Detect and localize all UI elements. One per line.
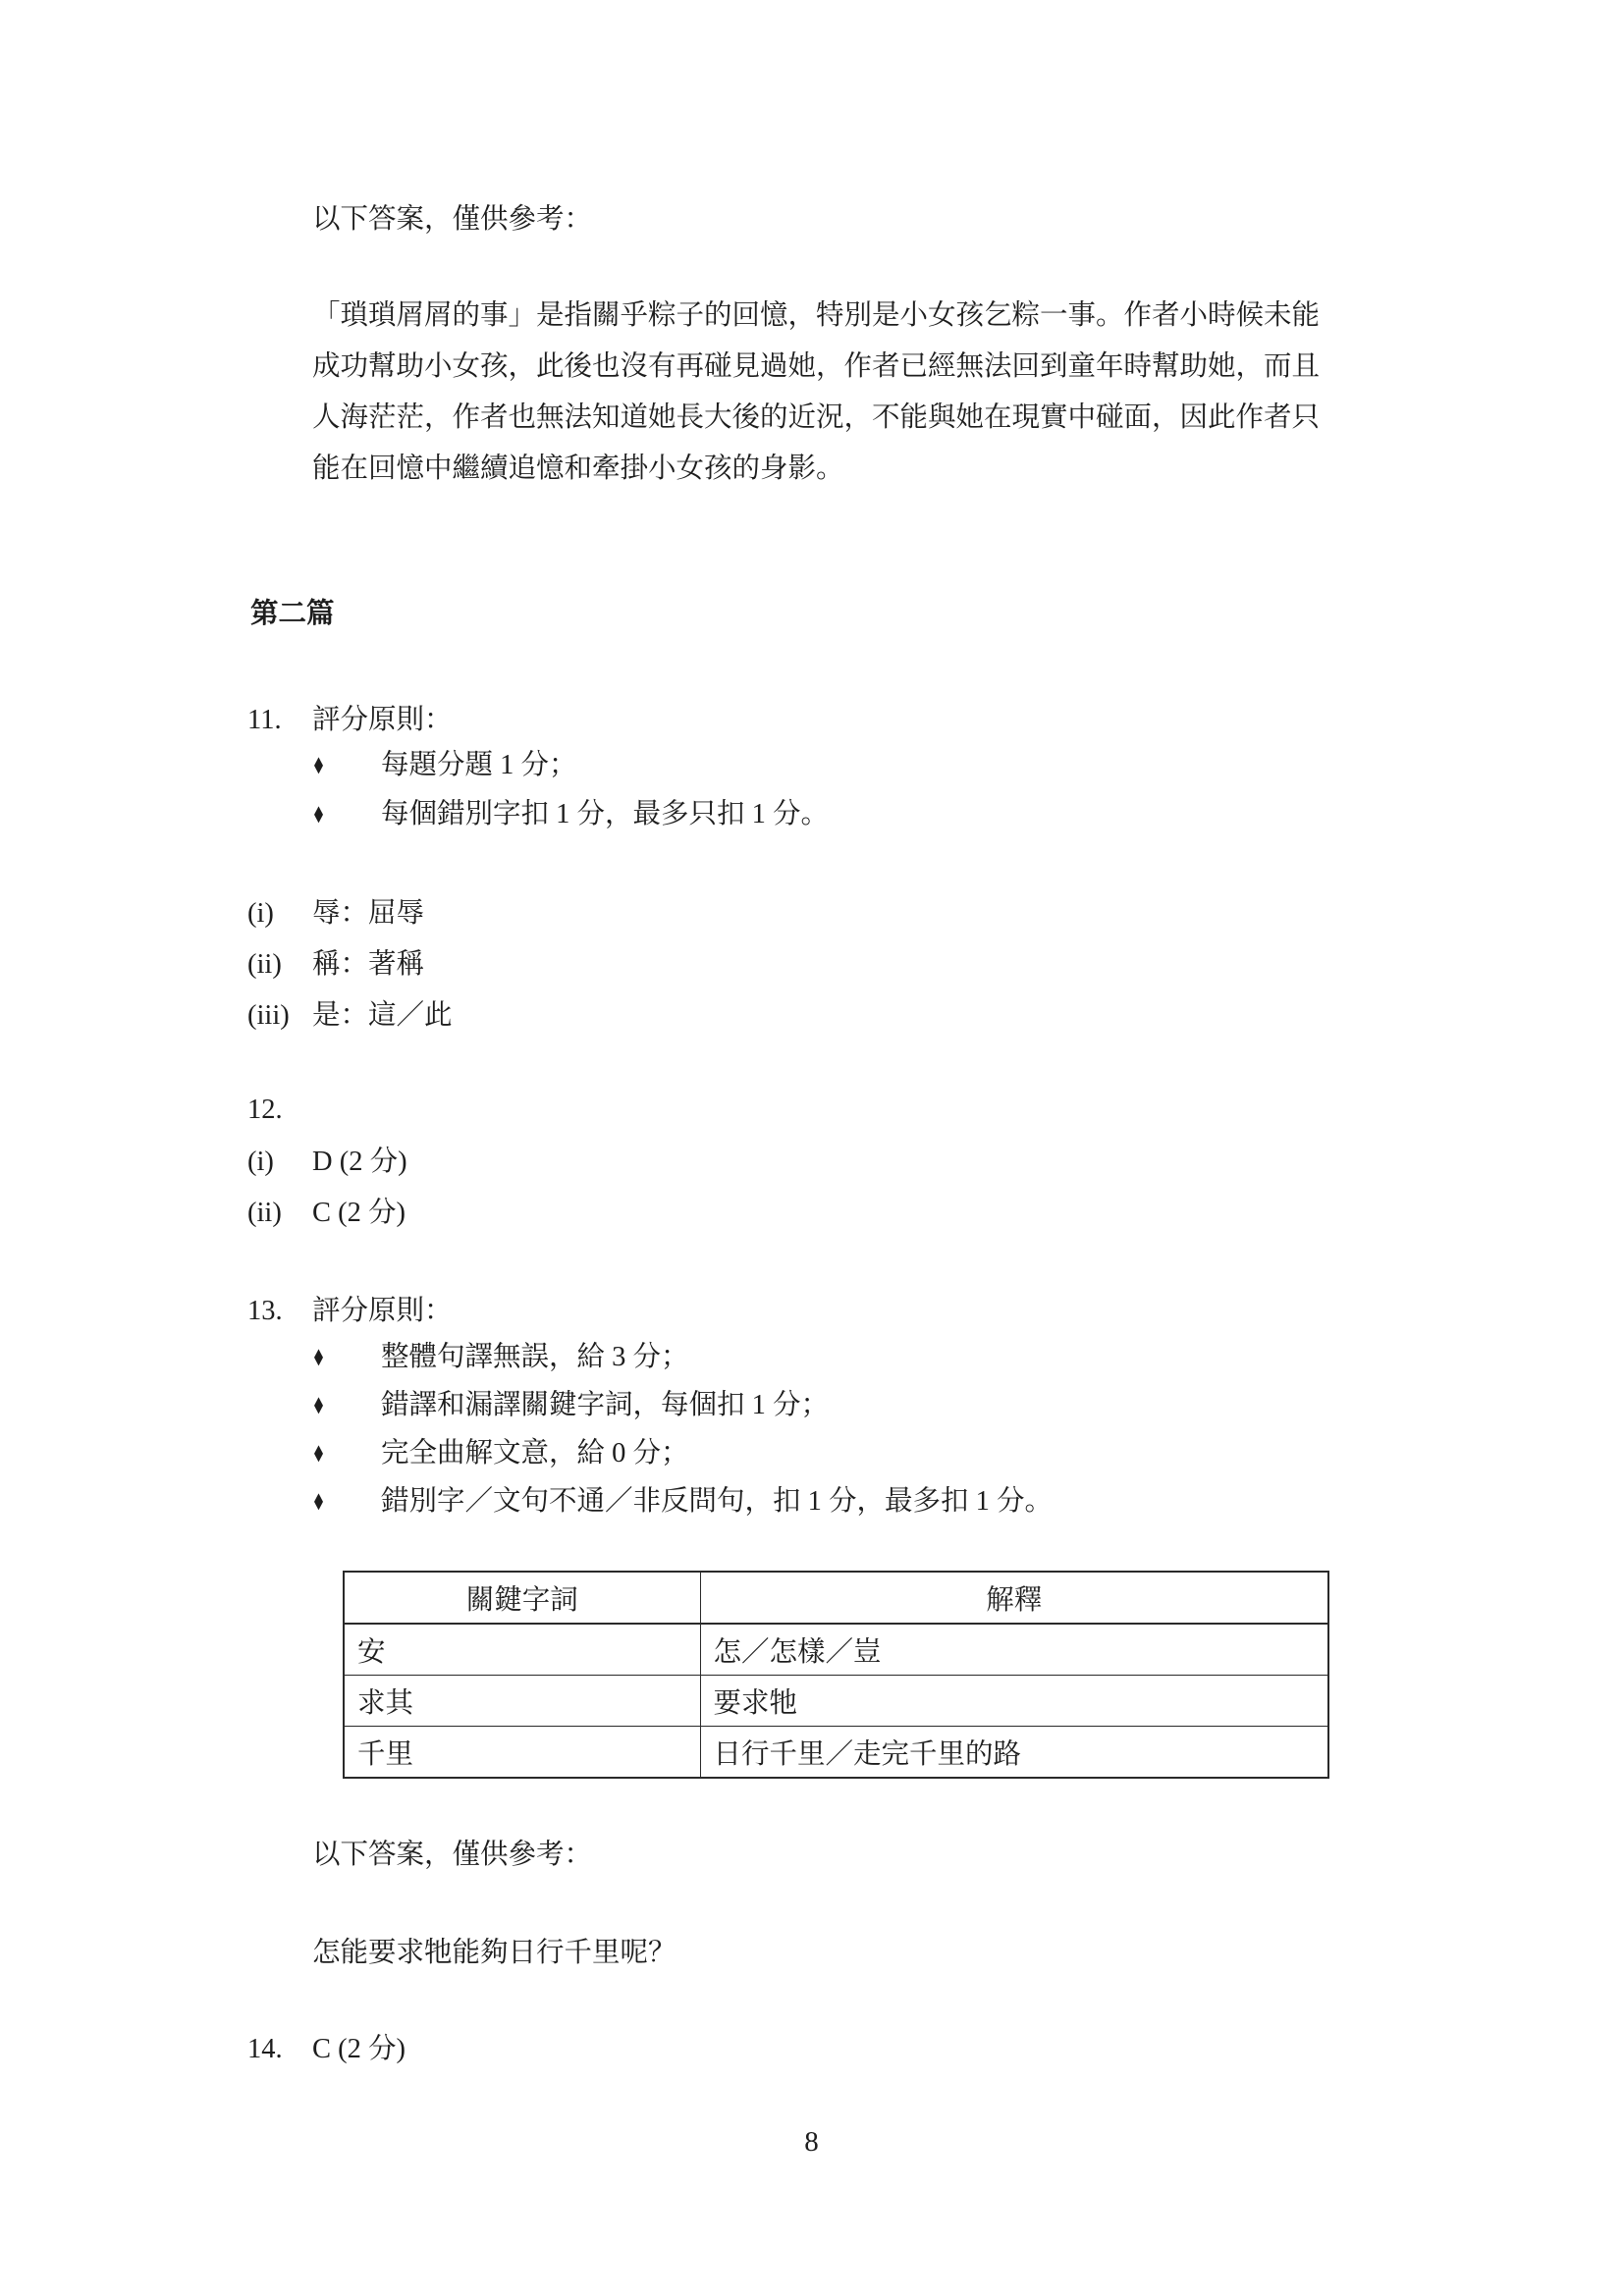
subitem-row: (i) D (2 分) bbox=[247, 1145, 407, 1180]
table-cell-keyword: 求其 bbox=[344, 1676, 700, 1727]
bullet-item: 每個錯別字扣 1 分，最多只扣 1 分。 bbox=[314, 797, 829, 832]
keywords-table: 關鍵字詞 解釋 安 怎／怎樣／豈 求其 要求牠 千里 日行千里／走完千里的路 bbox=[343, 1571, 1329, 1779]
diamond-bullet-icon bbox=[314, 1445, 323, 1462]
bullet-text: 整體句譯無誤，給 3 分； bbox=[381, 1340, 689, 1375]
diamond-bullet-icon bbox=[314, 757, 323, 774]
subitem-marker: (ii) bbox=[247, 947, 312, 983]
table-header-explanation: 解釋 bbox=[700, 1572, 1328, 1624]
paragraph-line: 「瑣瑣屑屑的事」是指關乎粽子的回憶，特別是小女孩乞粽一事。作者小時候未能 bbox=[312, 291, 1333, 342]
bullet-text: 錯別字／文句不通／非反問句，扣 1 分，最多扣 1 分。 bbox=[381, 1484, 1053, 1520]
bullet-item: 錯別字／文句不通／非反問句，扣 1 分，最多扣 1 分。 bbox=[314, 1484, 1053, 1520]
bullet-item: 整體句譯無誤，給 3 分； bbox=[314, 1340, 689, 1375]
paragraph-line: 能在回憶中繼續追憶和牽掛小女孩的身影。 bbox=[312, 444, 1333, 495]
question-13-header: 13. 評分原則： bbox=[247, 1294, 453, 1329]
bullet-item: 每題分題 1 分； bbox=[314, 748, 577, 783]
table-row: 千里 日行千里／走完千里的路 bbox=[344, 1727, 1328, 1779]
question-number: 14. bbox=[247, 2032, 312, 2067]
subitem-text: C (2 分) bbox=[312, 1196, 406, 1231]
subitem-row: (i) 辱：屈辱 bbox=[247, 896, 424, 932]
subitem-marker: (i) bbox=[247, 1145, 312, 1180]
paragraph-line: 人海茫茫，作者也無法知道她長大後的近況，不能與她在現實中碰面，因此作者只 bbox=[312, 393, 1333, 444]
question-12-number: 12. bbox=[247, 1093, 283, 1128]
question-number: 11. bbox=[247, 703, 312, 738]
subitem-text: 辱：屈辱 bbox=[312, 896, 424, 932]
subitem-row: (ii) C (2 分) bbox=[247, 1196, 406, 1231]
diamond-bullet-icon bbox=[314, 1493, 323, 1510]
answer-text: C (2 分) bbox=[312, 2032, 406, 2067]
paragraph-line: 成功幫助小女孩，此後也沒有再碰見過她，作者已經無法回到童年時幫助她，而且 bbox=[312, 342, 1333, 393]
bullet-text: 每題分題 1 分； bbox=[381, 748, 577, 783]
question-11-header: 11. 評分原則： bbox=[247, 703, 453, 738]
table-row: 安 怎／怎樣／豈 bbox=[344, 1624, 1328, 1676]
question-title: 評分原則： bbox=[312, 703, 453, 738]
subitem-text: 稱：著稱 bbox=[312, 947, 424, 983]
sample-answer: 怎能要求牠能夠日行千里呢？ bbox=[312, 1936, 676, 1971]
answer-paragraph: 「瑣瑣屑屑的事」是指關乎粽子的回憶，特別是小女孩乞粽一事。作者小時候未能 成功幫… bbox=[312, 291, 1333, 495]
question-14-row: 14. C (2 分) bbox=[247, 2032, 406, 2067]
section-heading: 第二篇 bbox=[250, 597, 335, 632]
table-header-keyword: 關鍵字詞 bbox=[344, 1572, 700, 1624]
bullet-text: 錯譯和漏譯關鍵字詞，每個扣 1 分； bbox=[381, 1388, 829, 1423]
table-header-row: 關鍵字詞 解釋 bbox=[344, 1572, 1328, 1624]
diamond-bullet-icon bbox=[314, 1349, 323, 1365]
diamond-bullet-icon bbox=[314, 1397, 323, 1414]
bullet-item: 錯譯和漏譯關鍵字詞，每個扣 1 分； bbox=[314, 1388, 829, 1423]
question-number: 13. bbox=[247, 1294, 312, 1329]
subitem-marker: (ii) bbox=[247, 1196, 312, 1231]
table-row: 求其 要求牠 bbox=[344, 1676, 1328, 1727]
bullet-item: 完全曲解文意，給 0 分； bbox=[314, 1436, 689, 1471]
table-cell-explanation: 要求牠 bbox=[700, 1676, 1328, 1727]
reference-note-top: 以下答案，僅供參考： bbox=[312, 202, 592, 238]
answer-key-page: 以下答案，僅供參考： 「瑣瑣屑屑的事」是指關乎粽子的回憶，特別是小女孩乞粽一事。… bbox=[0, 0, 1623, 2296]
table-cell-keyword: 安 bbox=[344, 1624, 700, 1676]
bullet-text: 每個錯別字扣 1 分，最多只扣 1 分。 bbox=[381, 797, 829, 832]
page-number: 8 bbox=[0, 2126, 1623, 2159]
table-cell-explanation: 怎／怎樣／豈 bbox=[700, 1624, 1328, 1676]
reference-note-bottom: 以下答案，僅供參考： bbox=[312, 1838, 592, 1873]
subitem-marker: (i) bbox=[247, 896, 312, 932]
diamond-bullet-icon bbox=[314, 806, 323, 823]
subitem-marker: (iii) bbox=[247, 998, 312, 1034]
subitem-text: D (2 分) bbox=[312, 1145, 407, 1180]
subitem-row: (iii) 是：這／此 bbox=[247, 998, 453, 1034]
question-title: 評分原則： bbox=[312, 1294, 453, 1329]
subitem-text: 是：這／此 bbox=[312, 998, 453, 1034]
subitem-row: (ii) 稱：著稱 bbox=[247, 947, 424, 983]
table-cell-keyword: 千里 bbox=[344, 1727, 700, 1779]
table-cell-explanation: 日行千里／走完千里的路 bbox=[700, 1727, 1328, 1779]
bullet-text: 完全曲解文意，給 0 分； bbox=[381, 1436, 689, 1471]
